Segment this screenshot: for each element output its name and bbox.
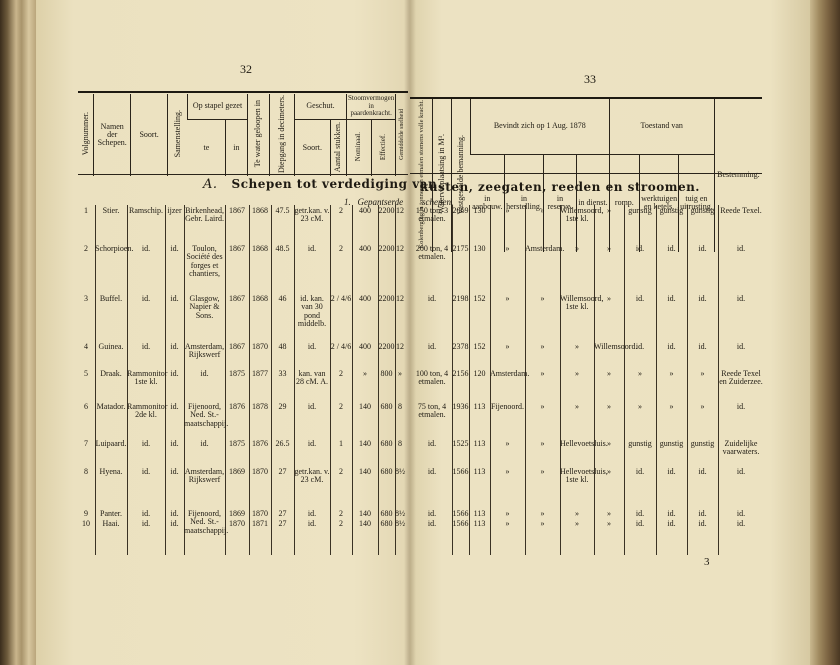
cell-romp: gunstig xyxy=(624,207,656,215)
cell-aanbouw: » xyxy=(490,510,525,518)
cell-diepgang: 27 xyxy=(271,510,294,518)
col-rule xyxy=(469,205,470,555)
cell-romp: id. xyxy=(624,295,656,303)
col-geschut-soort: Soort. xyxy=(295,119,331,176)
cell-diepgang: 48 xyxy=(271,343,294,351)
cell-geschut: id. xyxy=(294,403,330,411)
cell-romp: id. xyxy=(624,343,656,351)
cell-diepgang: 33 xyxy=(271,370,294,378)
section-title-left: A.Schepen tot verdediging van xyxy=(203,177,437,192)
cell-herstel: » xyxy=(525,468,560,476)
cell-naam: Stier. xyxy=(95,207,127,215)
cell-aantal: 2 xyxy=(330,520,352,528)
cell-nr: 2 xyxy=(78,245,94,253)
cell-samen: id. xyxy=(165,510,184,518)
cell-tuig: » xyxy=(687,403,718,411)
cell-dienst: » xyxy=(594,245,624,253)
cell-water: 1566 xyxy=(452,520,469,528)
signature-mark: 3 xyxy=(704,556,710,568)
cell-aanbouw: » xyxy=(490,343,525,351)
cell-herstel: » xyxy=(525,207,560,215)
col-rule xyxy=(452,205,453,555)
col-aantal-stukken: Aantal stukken. xyxy=(334,122,342,172)
cell-werk: id. xyxy=(656,510,687,518)
cell-nom: 140 xyxy=(352,403,378,411)
cell-tuig: id. xyxy=(687,245,718,253)
cell-kolen: id. xyxy=(412,468,452,476)
cell-romp: id. xyxy=(624,468,656,476)
cell-herstel: » xyxy=(525,520,560,528)
cell-water: 2378 xyxy=(452,343,469,351)
col-rule xyxy=(395,205,396,555)
cell-nom: 400 xyxy=(352,343,378,351)
cell-soort: id. xyxy=(127,343,165,351)
cell-bestemming: id. xyxy=(718,245,764,253)
cell-jaar-stapel: 1876 xyxy=(225,403,249,411)
cell-kolen: 75 ton, 4 etmalen. xyxy=(412,403,452,420)
cell-aantal: 2 / 4/6 xyxy=(330,343,352,351)
cell-kolen: id. xyxy=(412,510,452,518)
cell-nom: 400 xyxy=(352,295,378,303)
cell-snel: 12 xyxy=(395,207,405,215)
cell-jaar-stapel: 1870 xyxy=(225,520,249,528)
col-snelheid: Gemiddelde snelheid xyxy=(399,109,405,160)
cell-nom: 140 xyxy=(352,440,378,448)
cell-diepgang: 27 xyxy=(271,520,294,528)
col-in-aanbouw: in aanbouw. xyxy=(470,154,504,252)
cell-bestemming: id. xyxy=(718,468,764,476)
cell-reserve: Willemsoord, 1ste kl. xyxy=(560,295,594,312)
right-page-number: 33 xyxy=(584,72,596,87)
cell-samen: ijzer xyxy=(165,207,184,215)
cell-bem: 113 xyxy=(469,510,490,518)
cell-jaar-water: 1868 xyxy=(249,295,271,303)
cell-jaar-stapel: 1867 xyxy=(225,207,249,215)
cell-geschut: id. xyxy=(294,440,330,448)
col-op-stapel: Op stapel gezet xyxy=(188,94,247,119)
cell-samen: id. xyxy=(165,403,184,411)
cell-naam: Matador. xyxy=(95,403,127,411)
cell-dienst: » xyxy=(594,403,624,411)
col-te: te xyxy=(188,119,226,176)
cell-nr: 10 xyxy=(78,520,94,528)
cell-tuig: » xyxy=(687,370,718,378)
cell-werk: id. xyxy=(656,295,687,303)
cell-jaar-stapel: 1867 xyxy=(225,245,249,253)
cell-aantal: 2 xyxy=(330,510,352,518)
cell-aanbouw: » xyxy=(490,440,525,448)
cell-naam: Luipaard. xyxy=(95,440,127,448)
cell-kolen: 200 ton, 4 etmalen. xyxy=(412,245,452,262)
cell-herstel: » xyxy=(525,440,560,448)
cell-aantal: 2 xyxy=(330,403,352,411)
cell-te: Amsterdam, Rijkswerf xyxy=(184,343,225,360)
cell-diepgang: 26.5 xyxy=(271,440,294,448)
cell-nom: 140 xyxy=(352,468,378,476)
cell-te: Fijenoord, Ned. St.-maatschappij. xyxy=(184,510,225,535)
header-bottom-rule-left xyxy=(78,174,408,175)
cell-dienst: » xyxy=(594,520,624,528)
cell-bem: 113 xyxy=(469,440,490,448)
col-rule xyxy=(656,205,657,555)
col-toestand: Toestand van xyxy=(609,99,714,154)
cell-water: 1525 xyxy=(452,440,469,448)
cell-jaar-water: 1870 xyxy=(249,468,271,476)
cell-aanbouw: » xyxy=(490,520,525,528)
col-bevindt: Bevindt zich op 1 Aug. 1878 xyxy=(470,99,609,154)
section-title-right: kusten, zeegaten, reeden en stroomen. xyxy=(420,180,700,194)
cell-snel: 8 xyxy=(395,403,405,411)
cell-jaar-water: 1870 xyxy=(249,343,271,351)
col-rule xyxy=(594,205,595,555)
cell-eff: 2200 xyxy=(378,207,395,215)
cell-bestemming: id. xyxy=(718,295,764,303)
cell-naam: Guinea. xyxy=(95,343,127,351)
col-samenstelling: Samenstelling. xyxy=(174,110,182,157)
cell-romp: id. xyxy=(624,245,656,253)
cell-werk: gunstig xyxy=(656,207,687,215)
col-rule xyxy=(165,205,166,555)
cell-bestemming: Zuidelijke vaarwaters. xyxy=(718,440,764,457)
cell-aanbouw: » xyxy=(490,245,525,253)
cell-geschut: id. xyxy=(294,245,330,253)
cell-snel: 8½ xyxy=(395,520,405,528)
cell-werk: id. xyxy=(656,343,687,351)
header-top-rule-left xyxy=(78,91,408,93)
cell-bem: 152 xyxy=(469,343,490,351)
col-rule xyxy=(378,205,379,555)
cell-bem: 130 xyxy=(469,207,490,215)
cell-snel: 12 xyxy=(395,295,405,303)
cell-diepgang: 27 xyxy=(271,468,294,476)
cell-bem: 152 xyxy=(469,295,490,303)
cell-soort: Ramschip. xyxy=(127,207,165,215)
cell-herstel: » xyxy=(525,370,560,378)
cell-nr: 4 xyxy=(78,343,94,351)
cell-water: 2156 xyxy=(452,370,469,378)
cell-soort: id. xyxy=(127,510,165,518)
table-header-right: Kolenberging in tonnen en etmalen stomen… xyxy=(412,99,762,252)
col-rule xyxy=(525,205,526,555)
cell-aantal: 2 / 4/6 xyxy=(330,295,352,303)
cell-samen: id. xyxy=(165,370,184,378)
cell-water: 1566 xyxy=(452,510,469,518)
cell-reserve: » xyxy=(560,403,594,411)
col-volgnummer: Volgnummer. xyxy=(82,112,90,155)
col-in: in xyxy=(225,119,247,176)
cell-diepgang: 47.5 xyxy=(271,207,294,215)
cell-kolen: id. xyxy=(412,295,452,303)
cell-eff: 2200 xyxy=(378,245,395,253)
cell-geschut: id. xyxy=(294,520,330,528)
col-rule xyxy=(687,205,688,555)
col-rule xyxy=(225,205,226,555)
cell-samen: id. xyxy=(165,295,184,303)
cell-reserve: » xyxy=(560,510,594,518)
book-binding-right xyxy=(810,0,840,665)
cell-te: Toulon, Société des forges et chantiers, xyxy=(184,245,225,279)
cell-jaar-water: 1877 xyxy=(249,370,271,378)
cell-nom: 140 xyxy=(352,510,378,518)
cell-geschut: id. kan. van 30 pond middelb. xyxy=(294,295,330,329)
cell-te: Glasgow, Napier & Sons. xyxy=(184,295,225,320)
cell-werk: » xyxy=(656,370,687,378)
col-rule xyxy=(624,205,625,555)
cell-dienst: » xyxy=(594,468,624,476)
cell-diepgang: 29 xyxy=(271,403,294,411)
table-header-left: Volgnummer. Namen der Schepen. Soort. Sa… xyxy=(78,94,408,176)
cell-eff: 800 xyxy=(378,370,395,378)
cell-tuig: id. xyxy=(687,343,718,351)
cell-jaar-stapel: 1869 xyxy=(225,510,249,518)
cell-nr: 6 xyxy=(78,403,94,411)
cell-bestemming: id. xyxy=(718,510,764,518)
cell-te: id. xyxy=(184,370,225,378)
cell-jaar-water: 1868 xyxy=(249,207,271,215)
cell-soort: id. xyxy=(127,520,165,528)
col-tuig: tuig en uitrusting. xyxy=(679,154,715,252)
cell-naam: Hyena. xyxy=(95,468,127,476)
cell-werk: » xyxy=(656,403,687,411)
cell-romp: id. xyxy=(624,510,656,518)
col-rule xyxy=(352,205,353,555)
cell-soort: id. xyxy=(127,468,165,476)
col-in-herstelling: in herstelling. xyxy=(505,154,544,252)
cell-eff: 2200 xyxy=(378,343,395,351)
cell-herstel: » xyxy=(525,343,560,351)
col-te-water: Te water geloopen in xyxy=(254,100,262,167)
cell-te: Birkenhead, Gebr. Laird. xyxy=(184,207,225,224)
cell-dienst: » xyxy=(594,440,624,448)
cell-jaar-water: 1870 xyxy=(249,510,271,518)
col-rule xyxy=(490,205,491,555)
cell-eff: 680 xyxy=(378,440,395,448)
col-werktuigen: werktuigen en ketels. xyxy=(640,154,679,252)
cell-diepgang: 46 xyxy=(271,295,294,303)
cell-jaar-stapel: 1875 xyxy=(225,440,249,448)
cell-nom: 400 xyxy=(352,207,378,215)
cell-geschut: id. xyxy=(294,510,330,518)
cell-snel: » xyxy=(395,370,405,378)
col-rule xyxy=(95,205,96,555)
col-rule xyxy=(560,205,561,555)
cell-water: 2175 xyxy=(452,245,469,253)
cell-tuig: id. xyxy=(687,510,718,518)
cell-geschut: id. xyxy=(294,343,330,351)
cell-tuig: id. xyxy=(687,468,718,476)
cell-snel: 8½ xyxy=(395,510,405,518)
cell-bem: 113 xyxy=(469,468,490,476)
cell-geschut: kan. van 28 cM. A. xyxy=(294,370,330,387)
cell-snel: 12 xyxy=(395,245,405,253)
cell-dienst: » xyxy=(594,510,624,518)
cell-romp: » xyxy=(624,403,656,411)
cell-aanbouw: Fijenoord. xyxy=(490,403,525,411)
cell-water: 2198 xyxy=(452,295,469,303)
cell-aanbouw: Amsterdam. xyxy=(490,370,525,378)
cell-geschut: getr.kan. v. 23 cM. xyxy=(294,468,330,485)
cell-aantal: 2 xyxy=(330,245,352,253)
cell-werk: id. xyxy=(656,245,687,253)
header-bottom-rule-right xyxy=(410,173,762,174)
cell-geschut: getr.kan. v. 23 cM. xyxy=(294,207,330,224)
cell-samen: id. xyxy=(165,520,184,528)
col-effectief: Effectief. xyxy=(380,134,387,160)
cell-soort: id. xyxy=(127,245,165,253)
cell-naam: Draak. xyxy=(95,370,127,378)
cell-reserve: Hellevoetsluis, 1ste kl. xyxy=(560,468,594,485)
cell-kolen: id. xyxy=(412,440,452,448)
cell-werk: gunstig xyxy=(656,440,687,448)
cell-romp: » xyxy=(624,370,656,378)
cell-jaar-water: 1868 xyxy=(249,245,271,253)
cell-werk: id. xyxy=(656,468,687,476)
cell-bem: 113 xyxy=(469,520,490,528)
cell-aantal: 2 xyxy=(330,468,352,476)
cell-tuig: gunstig xyxy=(687,440,718,448)
cell-eff: 680 xyxy=(378,520,395,528)
cell-aanbouw: » xyxy=(490,468,525,476)
cell-naam: Panter. xyxy=(95,510,127,518)
cell-herstel: » xyxy=(525,403,560,411)
cell-reserve: » xyxy=(560,520,594,528)
cell-bestemming: id. xyxy=(718,520,764,528)
cell-werk: id. xyxy=(656,520,687,528)
cell-naam: Buffel. xyxy=(95,295,127,303)
cell-reserve: Willemsoord, 1ste kl. xyxy=(560,207,594,224)
cell-dienst: » xyxy=(594,295,624,303)
cell-jaar-stapel: 1875 xyxy=(225,370,249,378)
col-kolenberging: Kolenberging in tonnen en etmalen stomen… xyxy=(419,100,426,249)
cell-herstel: » xyxy=(525,510,560,518)
cell-nr: 1 xyxy=(78,207,94,215)
cell-nr: 5 xyxy=(78,370,94,378)
cell-water: 2069 xyxy=(452,207,469,215)
cell-aanbouw: » xyxy=(490,295,525,303)
cell-naam: Haai. xyxy=(95,520,127,528)
cell-te: id. xyxy=(184,440,225,448)
cell-herstel: » xyxy=(525,295,560,303)
cell-kolen: id. xyxy=(412,343,452,351)
cell-water: 1936 xyxy=(452,403,469,411)
cell-jaar-water: 1878 xyxy=(249,403,271,411)
cell-nom: 140 xyxy=(352,520,378,528)
col-bestemming: Bestemming. xyxy=(714,99,762,252)
cell-soort: id. xyxy=(127,440,165,448)
cell-eff: 680 xyxy=(378,403,395,411)
cell-samen: id. xyxy=(165,343,184,351)
cell-romp: id. xyxy=(624,520,656,528)
cell-nom: 400 xyxy=(352,245,378,253)
cell-nr: 7 xyxy=(78,440,94,448)
col-stoomvermogen: Stoomvermogen in paardenkracht. xyxy=(347,94,396,119)
cell-reserve: » xyxy=(560,343,594,351)
cell-nr: 9 xyxy=(78,510,94,518)
cell-tuig: gunstig xyxy=(687,207,718,215)
cell-soort: Rammonitor 1ste kl. xyxy=(127,370,165,387)
cell-water: 1566 xyxy=(452,468,469,476)
cell-jaar-stapel: 1867 xyxy=(225,295,249,303)
cell-te: Amsterdam, Rijkswerf xyxy=(184,468,225,485)
cell-jaar-stapel: 1867 xyxy=(225,343,249,351)
cell-aantal: 2 xyxy=(330,207,352,215)
cell-kolen: id. xyxy=(412,520,452,528)
section-letter: A. xyxy=(203,177,218,192)
cell-herstel: Amsterdam. xyxy=(525,245,560,253)
cell-eff: 2200 xyxy=(378,295,395,303)
col-nominaal: Nominaal. xyxy=(355,132,362,161)
col-diepgang: Diepgang in decimeters. xyxy=(278,95,286,173)
cell-nr: 3 xyxy=(78,295,94,303)
col-soort: Soort. xyxy=(130,94,167,176)
cell-kolen: 100 ton, 4 etmalen. xyxy=(412,370,452,387)
cell-jaar-water: 1876 xyxy=(249,440,271,448)
cell-reserve: » xyxy=(560,245,594,253)
col-geschut: Geschut. xyxy=(295,94,347,119)
cell-diepgang: 48.5 xyxy=(271,245,294,253)
cell-bestemming: Reede Texel. xyxy=(718,207,764,215)
col-rule xyxy=(271,205,272,555)
col-rule xyxy=(249,205,250,555)
cell-samen: id. xyxy=(165,440,184,448)
cell-jaar-stapel: 1869 xyxy=(225,468,249,476)
cell-dienst: » xyxy=(594,370,624,378)
col-in-dienst: in dienst. xyxy=(577,154,609,252)
cell-bem: 120 xyxy=(469,370,490,378)
cell-aantal: 2 xyxy=(330,370,352,378)
cell-soort: Rammonitor 2de kl. xyxy=(127,403,165,420)
cell-nom: » xyxy=(352,370,378,378)
cell-romp: gunstig xyxy=(624,440,656,448)
cell-samen: id. xyxy=(165,468,184,476)
cell-nr: 8 xyxy=(78,468,94,476)
cell-dienst: » xyxy=(594,207,624,215)
col-bemanning: Vastgestelde bemanning. xyxy=(457,135,465,215)
left-page-number: 32 xyxy=(240,62,252,77)
cell-tuig: id. xyxy=(687,520,718,528)
cell-kolen: 150 ton, 3 etmalen. xyxy=(412,207,452,224)
cell-naam: Schorpioen. xyxy=(95,245,127,253)
cell-snel: 8 xyxy=(395,440,405,448)
col-namen: Namen der Schepen. xyxy=(94,94,131,176)
cell-aanbouw: » xyxy=(490,207,525,215)
col-rule xyxy=(330,205,331,555)
cell-bestemming: Reede Texel en Zuiderzee. xyxy=(718,370,764,387)
cell-bem: 113 xyxy=(469,403,490,411)
cell-soort: id. xyxy=(127,295,165,303)
cell-eff: 680 xyxy=(378,510,395,518)
cell-dienst: Willemsoord. xyxy=(594,343,624,351)
cell-samen: id. xyxy=(165,245,184,253)
book-binding-left xyxy=(0,0,36,665)
cell-reserve: » xyxy=(560,370,594,378)
cell-jaar-water: 1871 xyxy=(249,520,271,528)
cell-snel: 12 xyxy=(395,343,405,351)
cell-snel: 8½ xyxy=(395,468,405,476)
cell-bem: 130 xyxy=(469,245,490,253)
cell-bestemming: id. xyxy=(718,403,764,411)
cell-reserve: Hellevoetsluis. xyxy=(560,440,594,448)
cell-eff: 680 xyxy=(378,468,395,476)
cell-aantal: 1 xyxy=(330,440,352,448)
cell-te: Fijenoord, Ned. St.-maatschappij. xyxy=(184,403,225,428)
cell-tuig: id. xyxy=(687,295,718,303)
cell-bestemming: id. xyxy=(718,343,764,351)
